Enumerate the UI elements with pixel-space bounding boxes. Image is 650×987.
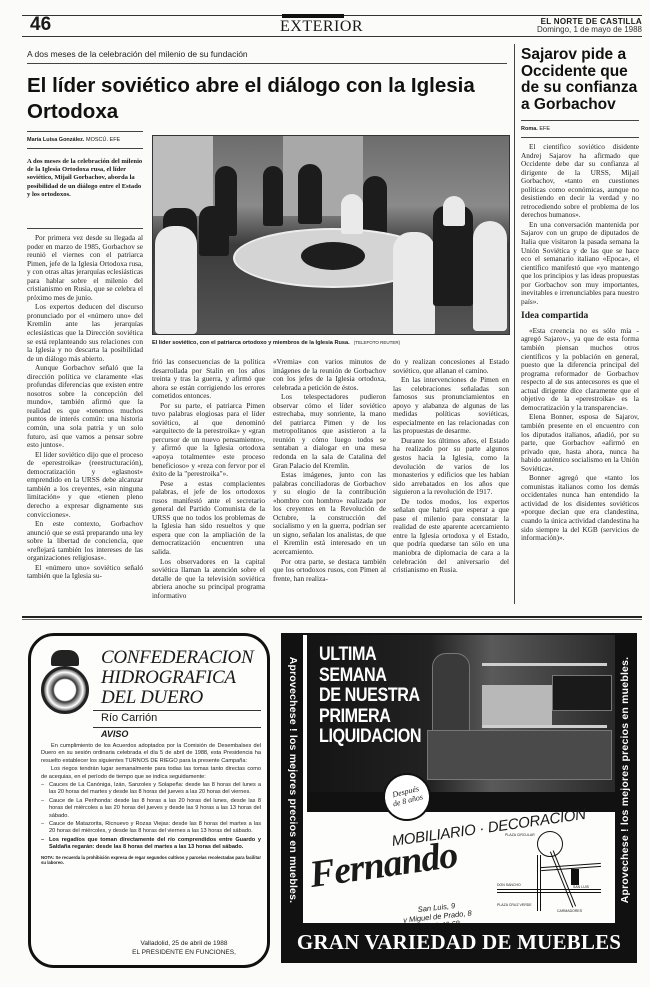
article-byline: María Luisa González. MOSCÚ. EFE <box>27 137 120 143</box>
ad-side-strip-right: Aprovechese ! los mejores precios en mue… <box>615 635 635 925</box>
paragraph: Por otra parte, se destaca también que l… <box>273 558 386 584</box>
ad-title-line: CONFEDERACION <box>101 648 253 668</box>
section-separator <box>22 616 642 618</box>
issue-date: Domingo, 1 de mayo de 1988 <box>537 25 642 34</box>
ad-headline-line: SEMANA <box>319 666 421 687</box>
ad-headline-line: LIQUIDACION <box>319 727 421 748</box>
side-article-subhead: Idea compartida <box>521 312 639 321</box>
paragraph: «Esta creencia no es sólo mía -agregó Sa… <box>521 327 639 412</box>
byline-rule-bottom <box>27 148 143 149</box>
crown-icon <box>51 650 79 666</box>
caption-text: El líder soviético, con el patriarca ort… <box>152 340 350 346</box>
photo-figure-standing <box>298 164 322 224</box>
article-column-2: frió las consecuencias de la política de… <box>152 358 265 614</box>
map-label: CARMADORES <box>557 909 582 913</box>
kicker-rule <box>27 63 507 64</box>
furniture-sideboard <box>427 730 612 780</box>
paragraph: En las intervenciones de Pimen en las ce… <box>393 376 509 436</box>
paragraph: do y realizan concesiones al Estado sovi… <box>393 358 509 375</box>
paragraph: Estas imágenes, junto con las palabras c… <box>273 471 386 556</box>
notice-label: AVISO <box>101 729 128 739</box>
ad-headline: ULTIMA SEMANA DE NUESTRA PRIMERA LIQUIDA… <box>319 645 421 748</box>
coat-of-arms-icon <box>39 650 91 714</box>
paragraph: Aunque Gorbachov señaló que la dirección… <box>27 364 143 449</box>
furniture-wall-panel <box>482 685 552 725</box>
ad-headline-line: ULTIMA <box>319 645 421 666</box>
column-divider <box>514 44 515 604</box>
article-column-1: Por primera vez desde su llegada al pode… <box>27 234 143 614</box>
page-number: 46 <box>30 14 51 36</box>
photo-figure-white-robe <box>393 232 435 335</box>
side-rule-bottom <box>521 137 639 138</box>
ad-side-strip-left: Aprovechese ! los mejores precios en mue… <box>283 635 303 925</box>
irrigation-turn-item: Cauce de Matazorita, Ricnuevo y Rozas Vi… <box>41 821 261 836</box>
paragraph: Los telespectadores pudieron observar có… <box>273 393 386 470</box>
signature-title: EL PRESIDENTE EN FUNCIONES, <box>31 949 267 957</box>
brand-logo: Fernando <box>307 833 460 897</box>
signature-place-date: Valladolid, 25 de abril de 1988 <box>31 940 267 948</box>
article-column-3: «Vremia» con varios minutos de imágenes … <box>273 358 386 614</box>
paragraph: Por primera vez desde su llegada al pode… <box>27 234 143 302</box>
side-article-byline: Roma. EFE <box>521 126 550 132</box>
irrigation-turn-item: Los regadíos que toman directamente del … <box>41 837 261 852</box>
ad-footer-slogan: GRAN VARIEDAD DE MUEBLES <box>283 923 635 961</box>
side-article-body: El científico soviético disidente Andrej… <box>521 143 639 614</box>
masthead-bottom-rule <box>22 36 642 37</box>
ad-title-line: HIDROGRAFICA <box>101 668 253 688</box>
photo-figure-white-hat <box>443 196 465 226</box>
photo-credit: (TELEFOTO REUTER) <box>354 340 400 345</box>
ad-title-line: DEL DUERO <box>101 688 253 708</box>
map-label: SAN LUIS <box>573 885 589 889</box>
furniture-tv-cabinet <box>552 675 612 711</box>
paragraph: De todos modos, los expertos señalan que… <box>393 498 509 575</box>
article-headline: El líder soviético abre el diálogo con l… <box>27 73 507 125</box>
map-street <box>537 855 541 911</box>
paragraph: Los observadores en la capital soviética… <box>152 558 265 601</box>
map-label: PLAZA CRUZ VERDE <box>497 903 532 907</box>
shield-emblem-icon <box>41 666 89 714</box>
paragraph: Los expertos deducen del discurso pronun… <box>27 303 143 363</box>
side-byline-place: Roma. <box>521 126 538 132</box>
side-slogan: Aprovechese ! los mejores precios en mue… <box>287 657 299 904</box>
paragraph: «Vremia» con varios minutos de imágenes … <box>273 358 386 392</box>
photo-figure-white-hat <box>341 194 363 234</box>
irrigation-turn-item: Cauces de La Canóniga, Izán, Sanzoles y … <box>41 782 261 797</box>
notice-note: NOTA: Se recuerda la prohibición expresa… <box>41 855 261 866</box>
photo-caption: El líder soviético, con el patriarca ort… <box>152 340 400 346</box>
side-byline-agency: EFE <box>539 126 550 132</box>
article-lead: A dos meses de la celebración del mileni… <box>27 158 143 199</box>
paragraph: Pese a estas complacientes palabras, el … <box>152 480 265 557</box>
river-name: Río Carrión <box>101 712 157 724</box>
irrigation-turn-item: Cauce de La Perihonda: desde las 8 horas… <box>41 798 261 820</box>
paragraph: El líder soviético dijo que el proceso d… <box>27 451 143 519</box>
photo-figure-seated <box>199 206 229 256</box>
paragraph: Por su parte, el patriarca Pimen tuvo pa… <box>152 402 265 479</box>
ad-title: CONFEDERACION HIDROGRAFICA DEL DUERO <box>101 648 253 708</box>
ad-headline-line: PRIMERA <box>319 707 421 728</box>
article-kicker: A dos meses de la celebración del mileni… <box>27 49 248 59</box>
location-map: PLAZA CIRCULAR SAN LUIS DON SANCHO PLAZA… <box>497 831 607 917</box>
side-slogan: Aprovechese ! los mejores precios en mue… <box>619 657 631 904</box>
side-rule-top <box>521 120 639 121</box>
ad-fernando-muebles: Aprovechese ! los mejores precios en mue… <box>281 633 637 963</box>
side-article-headline: Sajarov pide a Occidente que de su confi… <box>521 47 645 113</box>
photo-figure-standing <box>263 166 283 226</box>
masthead: 46 EXTERIOR EL NORTE DE CASTILLA Domingo… <box>22 14 642 36</box>
paragraph: En este contexto, Gorbachov anunció que … <box>27 520 143 563</box>
article-column-4: do y realizan concesiones al Estado sovi… <box>393 358 509 614</box>
paragraph: frió las consecuencias de la política de… <box>152 358 265 401</box>
byline-rule-top <box>27 131 143 132</box>
paragraph: El científico soviético disidente Andrej… <box>521 143 639 220</box>
furniture-shelf <box>482 663 607 666</box>
furniture-photo-banner: ULTIMA SEMANA DE NUESTRA PRIMERA LIQUIDA… <box>307 635 615 792</box>
notice-body: En cumplimiento de los Acuerdos adoptado… <box>41 743 261 867</box>
byline-place: MOSCÚ. EFE <box>86 137 120 143</box>
map-street <box>497 889 601 893</box>
photo-flowers <box>301 242 365 270</box>
photo-figure-white-robe <box>155 226 197 334</box>
furniture-shelf <box>482 725 607 728</box>
news-photo-meeting <box>152 135 510 335</box>
paragraph: Elena Bonner, esposa de Sajarov, también… <box>521 413 639 473</box>
notice-intro: En cumplimiento de los Acuerdos adoptado… <box>41 743 261 765</box>
ad-rule <box>93 710 261 711</box>
ad-rule <box>93 727 261 728</box>
section-separator-thin <box>22 619 642 620</box>
ad-headline-line: DE NUESTRA <box>319 686 421 707</box>
ad-confederacion-hidrografica: CONFEDERACION HIDROGRAFICA DEL DUERO Río… <box>28 633 270 968</box>
paragraph: En una conversación mantenida por Sajaro… <box>521 221 639 306</box>
paragraph: Durante los últimos años, el Estado ha r… <box>393 437 509 497</box>
byline-author: María Luisa González. <box>27 137 84 143</box>
lead-rule <box>27 228 143 229</box>
paragraph: El «número uno» soviético señaló también… <box>27 564 143 581</box>
map-store-marker-icon <box>571 869 579 885</box>
section-name: EXTERIOR <box>280 18 363 36</box>
map-label: DON SANCHO <box>497 883 521 887</box>
paragraph: Bonner agregó que «tanto los comunistas … <box>521 474 639 542</box>
notice-intro-2: Los riegos tendrán lugar semanalmente pa… <box>41 766 261 781</box>
map-label: PLAZA CIRCULAR <box>505 833 535 837</box>
photo-figure-white-robe <box>473 221 507 331</box>
photo-curtain <box>153 136 213 216</box>
